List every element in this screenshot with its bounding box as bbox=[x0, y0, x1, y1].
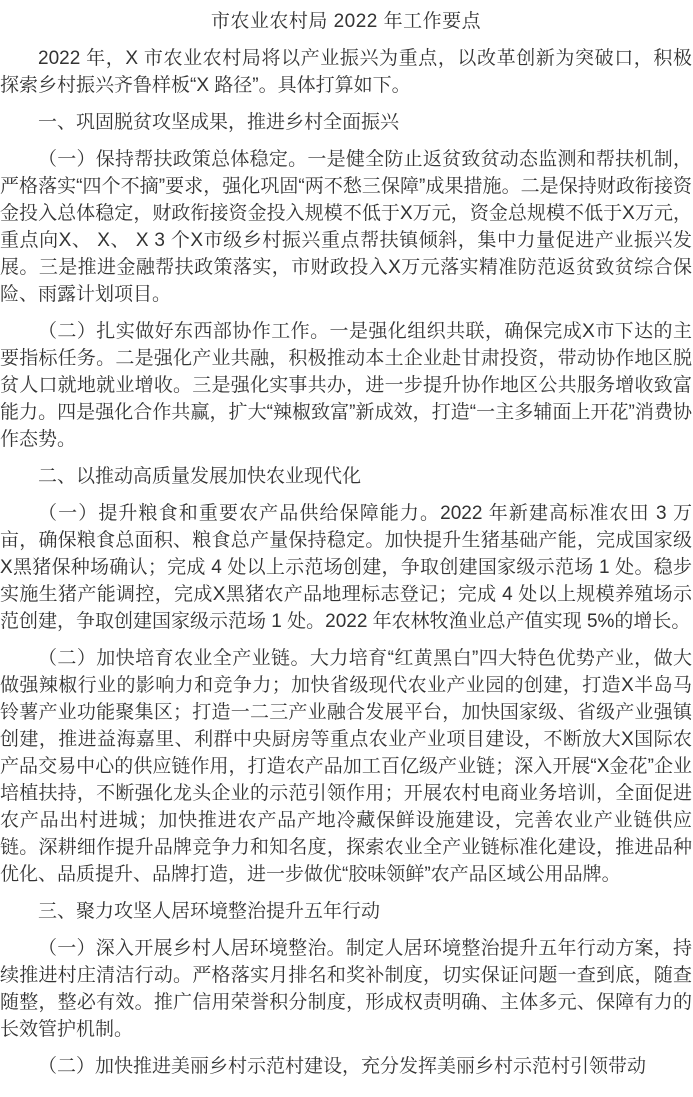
section-2-paragraph-2: （二）加快培育农业全产业链。大力培育“红黄黑白”四大特色优势产业，做大做强辣椒行… bbox=[0, 645, 692, 888]
section-1-paragraph-1: （一）保持帮扶政策总体稳定。一是健全防止返贫致贫动态监测和帮扶机制，严格落实“四… bbox=[0, 146, 692, 308]
section-2-paragraph-1: （一）提升粮食和重要农产品供给保障能力。2022 年新建高标准农田 3 万亩，确… bbox=[0, 500, 692, 635]
section-3-paragraph-1: （一）深入开展乡村人居环境整治。制定人居环境整治提升五年行动方案，持续推进村庄清… bbox=[0, 935, 692, 1043]
intro-paragraph: 2022 年，X 市农业农村局将以产业振兴为重点，以改革创新为突破口，积极探索乡… bbox=[0, 45, 692, 99]
section-3-heading: 三、聚力攻坚人居环境整治提升五年行动 bbox=[0, 898, 692, 925]
section-2-heading: 二、以推动高质量发展加快农业现代化 bbox=[0, 463, 692, 490]
document-title: 市农业农村局 2022 年工作要点 bbox=[0, 8, 692, 35]
section-3-paragraph-2-clipped: （二）加快推进美丽乡村示范村建设，充分发挥美丽乡村示范村引领带动 bbox=[0, 1053, 692, 1080]
section-1-paragraph-2: （二）扎实做好东西部协作工作。一是强化组织共联，确保完成X市下达的主要指标任务。… bbox=[0, 318, 692, 453]
document-page: 市农业农村局 2022 年工作要点 2022 年，X 市农业农村局将以产业振兴为… bbox=[0, 0, 693, 1097]
section-1-heading: 一、巩固脱贫攻坚成果，推进乡村全面振兴 bbox=[0, 109, 692, 136]
